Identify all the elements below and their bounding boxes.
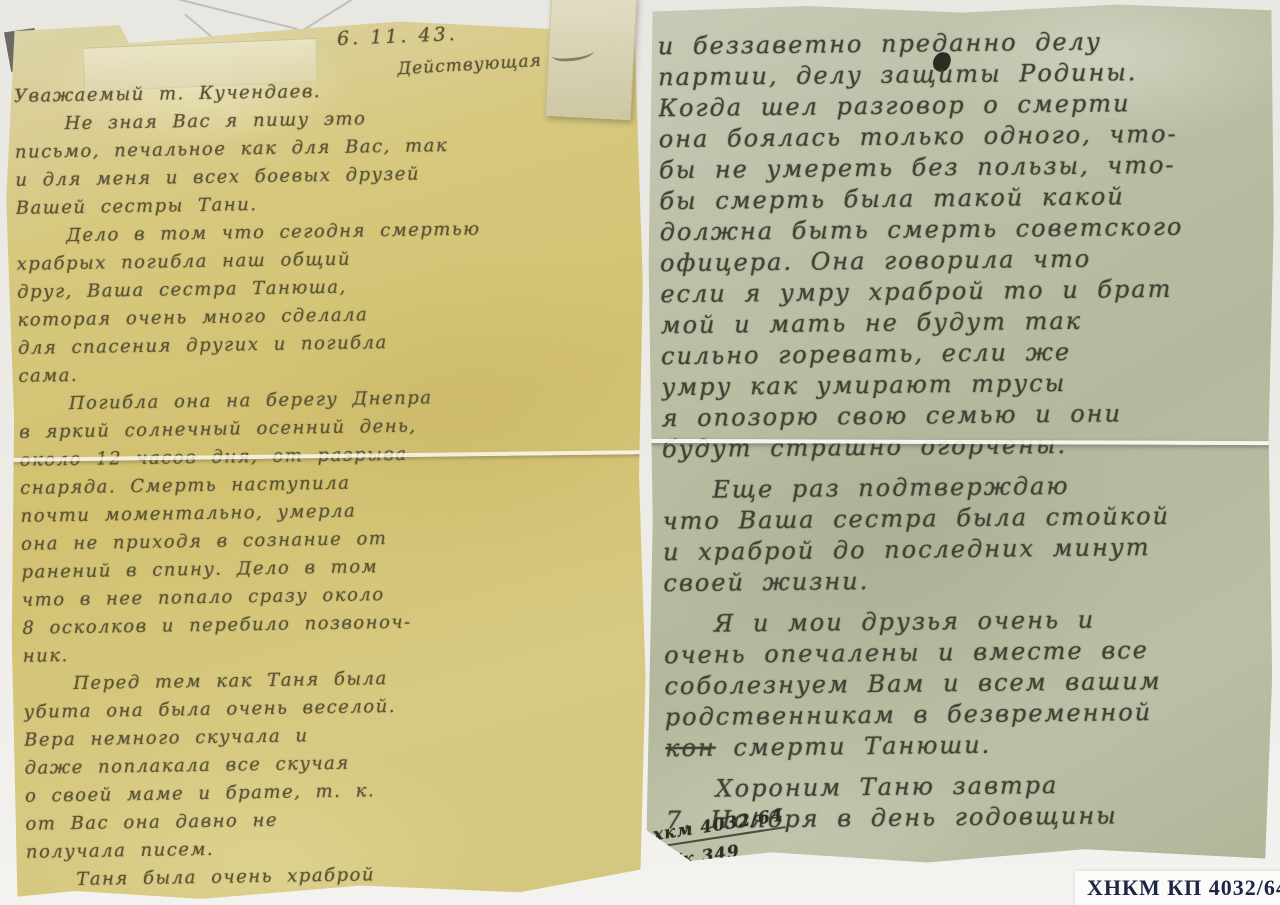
letter-line: она боялась только одного, что- — [659, 118, 1268, 155]
museum-label-text: ХНКМ КП 4032/64 — [1087, 875, 1280, 901]
letter-line: будут страшно огорчены. — [662, 428, 1271, 465]
pencil-mark — [152, 0, 298, 30]
letter-date: 6. 11. 43. — [337, 23, 458, 50]
letter-line: должна быть смерть советского — [660, 211, 1269, 248]
letter-line: кон смерти Танюши. — [665, 727, 1274, 764]
letter-line: своей жизни. — [663, 562, 1272, 599]
left-page-text: Уважаемый т. Кучендаев.Не зная Вас я пиш… — [14, 73, 647, 893]
struck-word: кон — [665, 734, 716, 763]
letter-page-left: 6. 11. 43. Действующая армия. Уважаемый … — [5, 20, 647, 900]
letter-page-right: и беззаветно преданно делупартии, делу з… — [646, 3, 1274, 867]
museum-label: ХНКМ КП 4032/64 — [1075, 871, 1280, 905]
